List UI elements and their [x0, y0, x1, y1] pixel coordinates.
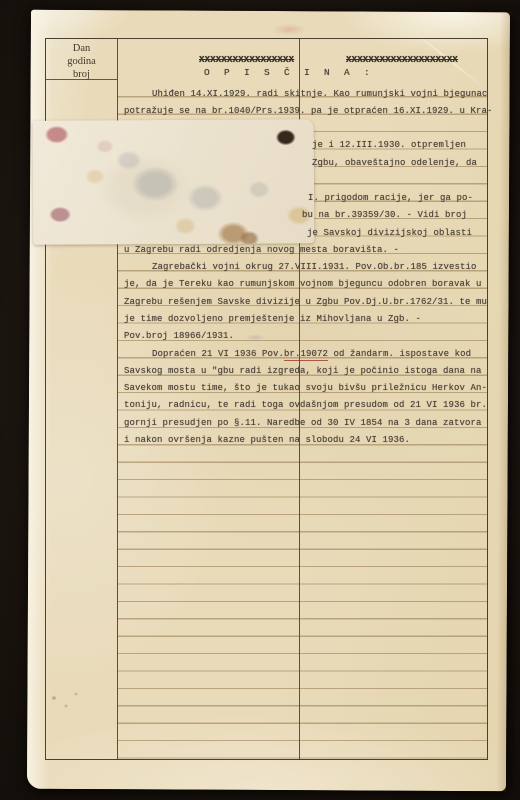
typed-line: I. prigodom racije, jer ga po-: [308, 193, 473, 203]
scan-background: Dan godina broj XXXXXXXXXXXXXXXXX XXXXXX…: [0, 0, 520, 800]
typed-line: je, da je Tereku kao rumunjskom vojnom b…: [124, 279, 482, 289]
typed-line: Zagrebu rešenjem Savske divizije u Zgbu …: [124, 297, 487, 307]
typed-line: je Savskoj divizijskoj oblasti: [307, 228, 472, 238]
typed-line: u Zagrebu radi odredjenja novog mesta bo…: [124, 245, 399, 255]
typed-line: Dopraćen 21 VI 1936 Pov.br.19072 od žand…: [152, 349, 471, 359]
typed-line: Uhiđen 14.XI.1929. radi skitnje. Kao rum…: [152, 89, 488, 99]
typed-line: Pov.broj 18966/1931.: [124, 331, 234, 341]
typed-line: je time dozvoljeno premještenje iz Mihov…: [124, 314, 421, 324]
underlined-number: br.19072: [284, 349, 328, 361]
typed-line: potražuje se na br.1040/Prs.1939. pa je …: [124, 106, 493, 116]
typed-line: i nakon ovršenja kazne pušten na slobodu…: [124, 435, 410, 445]
typed-line: Savskog mosta u "gbu radi izgreda, koji …: [124, 366, 482, 376]
typed-line: toniju, radnicu, te radi toga ovdašnjom …: [124, 400, 487, 410]
typed-line: bu na br.39359/30. - Vidi broj: [302, 210, 467, 220]
typed-line: Zagrebački vojni okrug 27.VIII.1931. Pov…: [152, 262, 477, 272]
typed-line: Savekom mostu time, što je tukao svoju b…: [124, 383, 487, 393]
faint-stamp-smudge: [243, 333, 267, 342]
typed-line: gornji presudjen po §.11. Naredbe od 30 …: [124, 418, 482, 428]
typed-text-block: Uhiđen 14.XI.1929. radi skitnje. Kao rum…: [0, 0, 520, 800]
typed-line: Zgbu, obaveštajno odelenje, da: [312, 158, 477, 168]
typed-line: je i 12.III.1930. otpremljen: [312, 140, 466, 150]
